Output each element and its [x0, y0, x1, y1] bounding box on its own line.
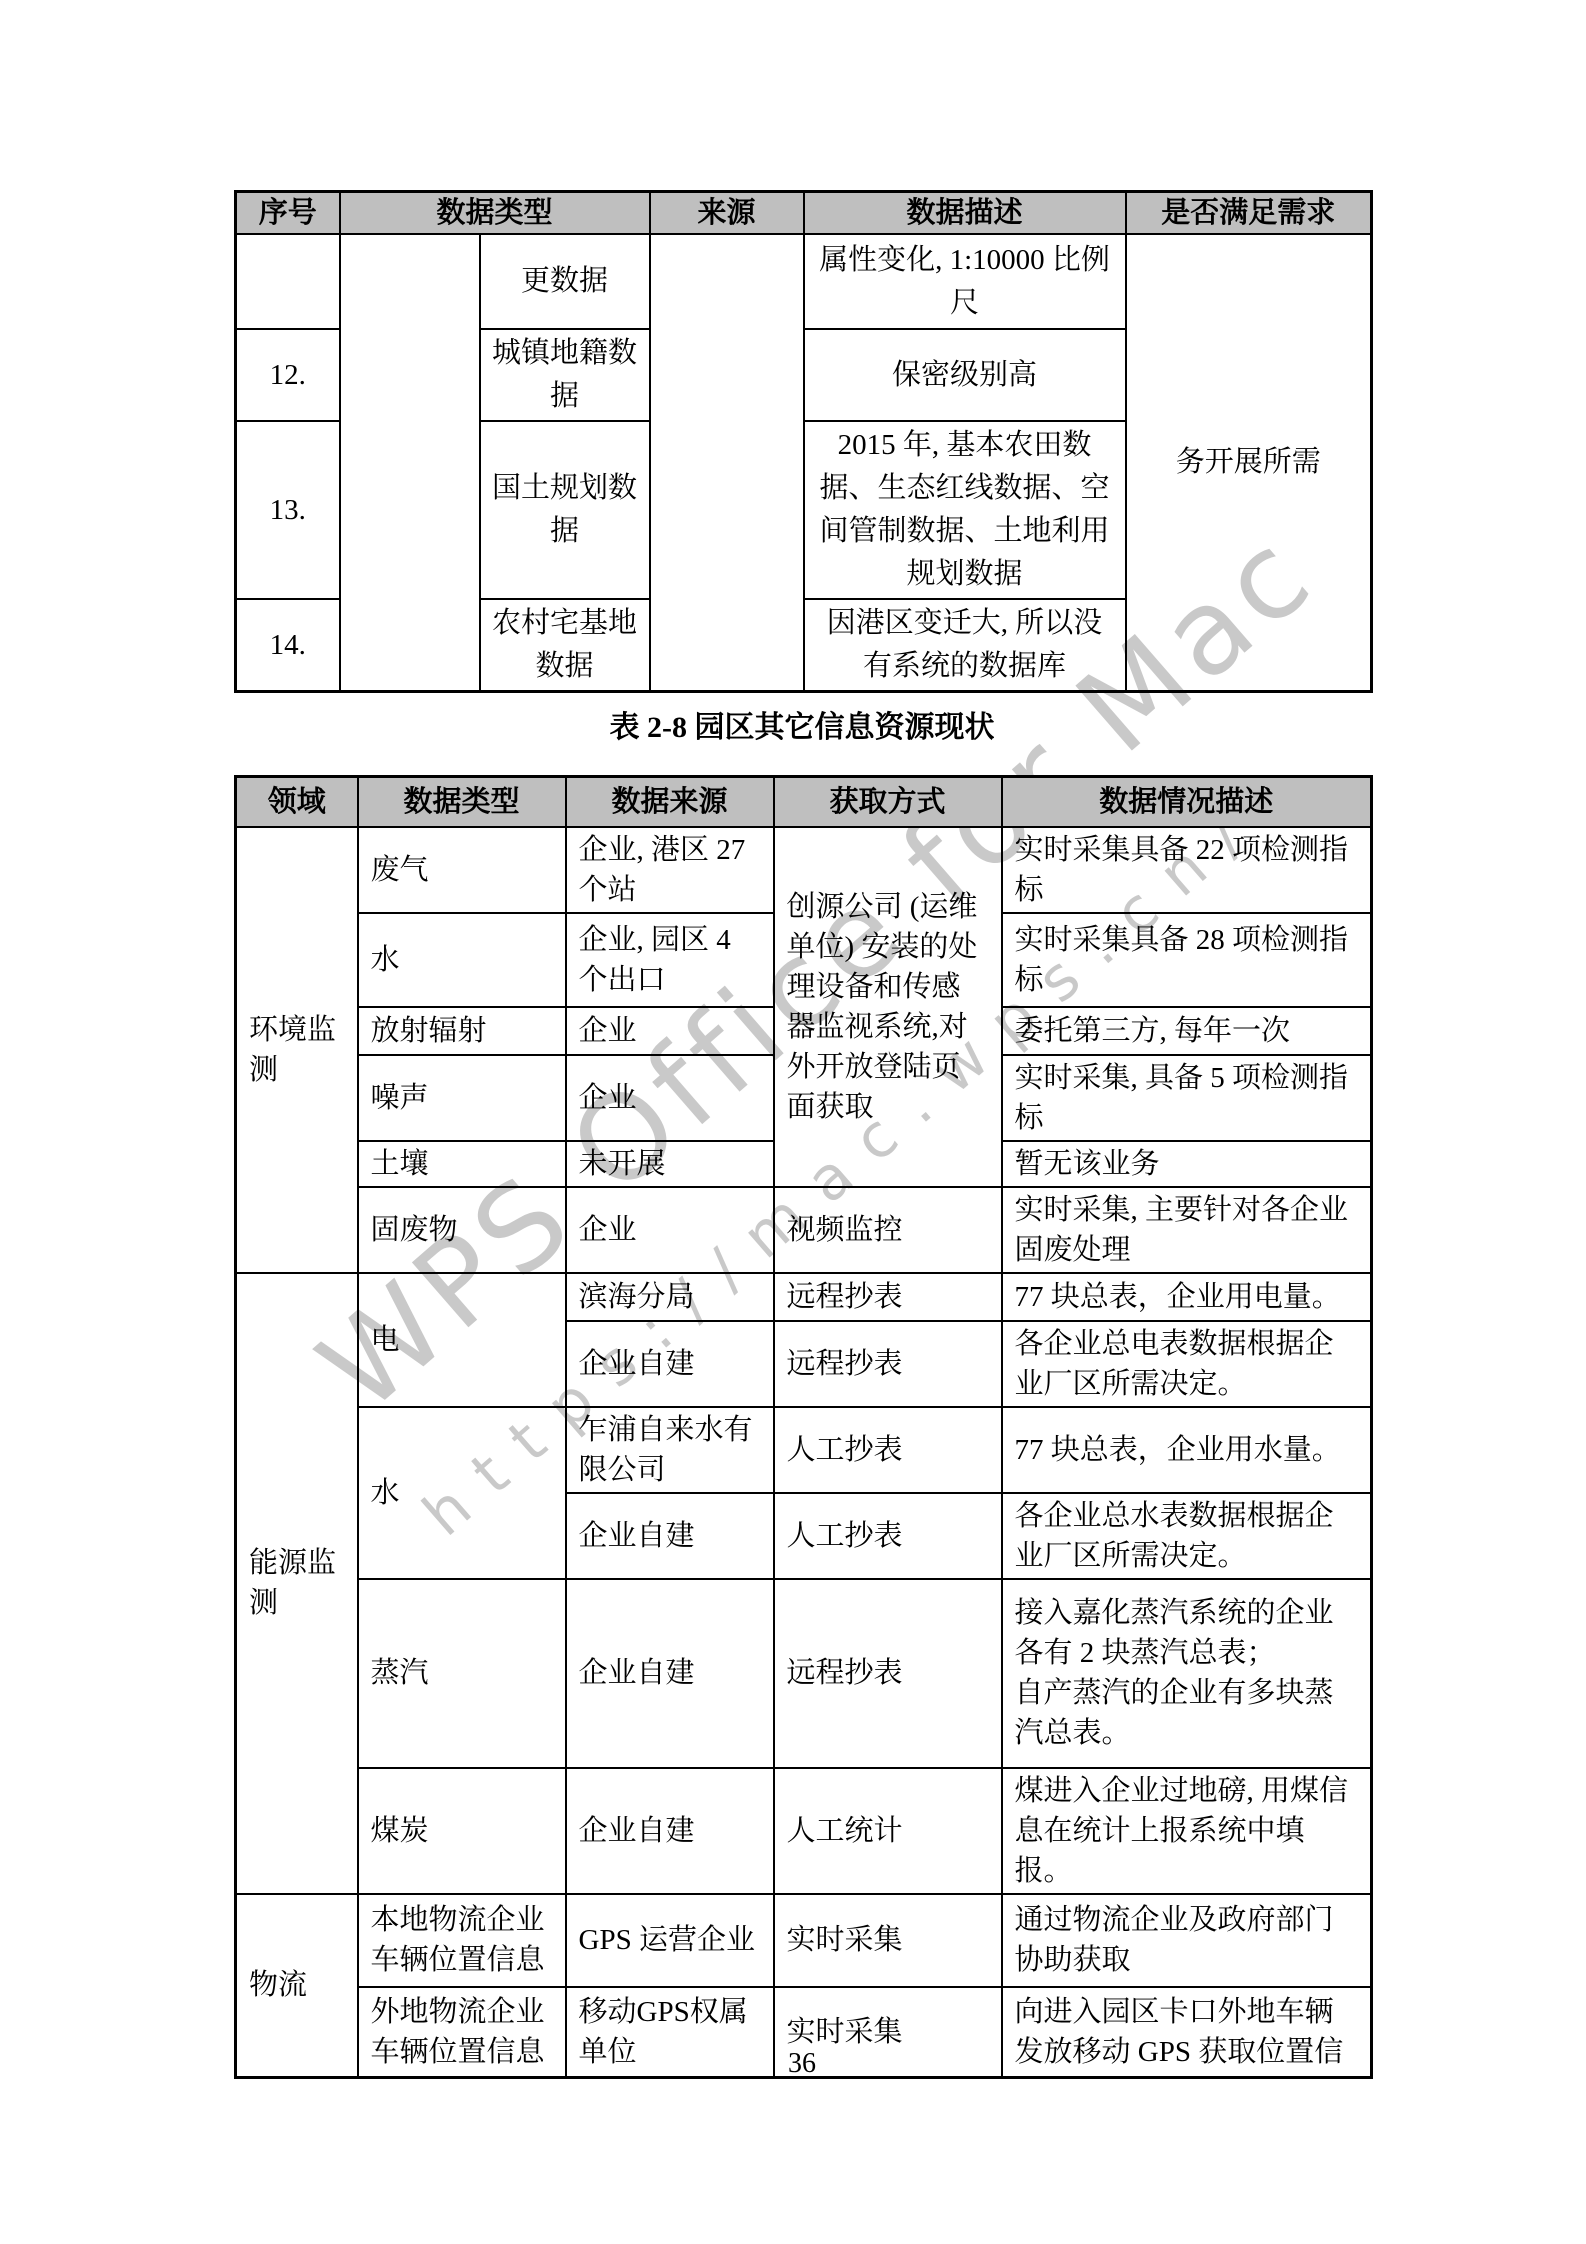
header-cell-method: 获取方式	[774, 777, 1002, 827]
cell-data-source: 企业自建	[566, 1321, 774, 1407]
cell-data-type: 土壤	[358, 1141, 566, 1187]
table-header-row: 领域 数据类型 数据来源 获取方式 数据情况描述	[236, 777, 1372, 827]
table-row: 能源监测 电 滨海分局 远程抄表 77 块总表，企业用电量。	[236, 1273, 1372, 1321]
cell-data-source: 企业	[566, 1055, 774, 1141]
cell-desc: 实时采集具备 22 项检测指标	[1002, 827, 1372, 913]
cell-method: 实时采集	[774, 1894, 1002, 1987]
cell-method: 视频监控	[774, 1187, 1002, 1273]
cell-method: 远程抄表	[774, 1321, 1002, 1407]
header-cell-domain: 领域	[236, 777, 358, 827]
cell-satisfy-merged: 务开展所需	[1126, 234, 1372, 692]
cell-data-type: 水	[358, 1407, 566, 1579]
cell-data-type: 放射辐射	[358, 1007, 566, 1055]
table1-data-resources: 序号 数据类型 来源 数据描述 是否满足需求 更数据 属性变化, 1:10000…	[234, 190, 1373, 693]
cell-data-type: 煤炭	[358, 1768, 566, 1894]
cell-data-source: 企业	[566, 1187, 774, 1273]
header-cell-seq: 序号	[236, 192, 340, 235]
header-cell-data-type: 数据类型	[358, 777, 566, 827]
cell-data-type: 本地物流企业车辆位置信息	[358, 1894, 566, 1987]
cell-domain-energy: 能源监测	[236, 1273, 358, 1894]
cell-method: 远程抄表	[774, 1273, 1002, 1321]
table-row: 蒸汽 企业自建 远程抄表 接入嘉化蒸汽系统的企业各有 2 块蒸汽总表； 自产蒸汽…	[236, 1579, 1372, 1768]
header-cell-data-desc: 数据描述	[804, 192, 1126, 235]
cell-data-source: 企业自建	[566, 1768, 774, 1894]
cell-seq: 14.	[236, 599, 340, 692]
cell-data-source: 乍浦自来水有限公司	[566, 1407, 774, 1493]
cell-data-source: 企业	[566, 1007, 774, 1055]
table-row: 水 乍浦自来水有限公司 人工抄表 77 块总表，企业用水量。	[236, 1407, 1372, 1493]
cell-data-type: 国土规划数据	[480, 421, 650, 599]
table-header-row: 序号 数据类型 来源 数据描述 是否满足需求	[236, 192, 1372, 235]
cell-method: 人工统计	[774, 1768, 1002, 1894]
cell-data-source: 企业, 园区 4 个出口	[566, 913, 774, 1007]
cell-desc: 实时采集具备 28 项检测指标	[1002, 913, 1372, 1007]
header-cell-desc: 数据情况描述	[1002, 777, 1372, 827]
cell-category-merged	[340, 234, 480, 692]
cell-method-env-merged: 创源公司 (运维单位) 安装的处理设备和传感器监视系统,对外开放登陆页面获取	[774, 827, 1002, 1187]
page-number: 36	[234, 2048, 1370, 2080]
cell-data-source: 企业自建	[566, 1493, 774, 1579]
cell-desc: 通过物流企业及政府部门协助获取	[1002, 1894, 1372, 1987]
cell-data-source: 未开展	[566, 1141, 774, 1187]
cell-seq: 12.	[236, 329, 340, 421]
cell-data-desc: 属性变化, 1:10000 比例尺	[804, 234, 1126, 329]
cell-data-source: 企业, 港区 27 个站	[566, 827, 774, 913]
cell-desc: 实时采集, 具备 5 项检测指标	[1002, 1055, 1372, 1141]
header-cell-data-source: 数据来源	[566, 777, 774, 827]
table-row: 更数据 属性变化, 1:10000 比例尺 务开展所需	[236, 234, 1372, 329]
cell-desc: 暂无该业务	[1002, 1141, 1372, 1187]
cell-data-type: 水	[358, 913, 566, 1007]
cell-method: 远程抄表	[774, 1579, 1002, 1768]
cell-data-source: GPS 运营企业	[566, 1894, 774, 1987]
cell-seq	[236, 234, 340, 329]
header-cell-satisfy: 是否满足需求	[1126, 192, 1372, 235]
table-row: 固废物 企业 视频监控 实时采集, 主要针对各企业固废处理	[236, 1187, 1372, 1273]
cell-data-type: 城镇地籍数据	[480, 329, 650, 421]
cell-desc: 各企业总水表数据根据企业厂区所需决定。	[1002, 1493, 1372, 1579]
cell-method: 人工抄表	[774, 1493, 1002, 1579]
header-cell-data-type: 数据类型	[340, 192, 650, 235]
cell-data-source: 滨海分局	[566, 1273, 774, 1321]
document-page: WPS Office for Mac https://mac.wps.cn/ 序…	[0, 0, 1586, 2244]
cell-desc: 77 块总表，企业用电量。	[1002, 1273, 1372, 1321]
cell-desc: 实时采集, 主要针对各企业固废处理	[1002, 1187, 1372, 1273]
cell-desc: 煤进入企业过地磅, 用煤信息在统计上报系统中填报。	[1002, 1768, 1372, 1894]
cell-data-source: 企业自建	[566, 1579, 774, 1768]
cell-source-merged	[650, 234, 804, 692]
cell-data-type: 农村宅基地数据	[480, 599, 650, 692]
table2-caption: 表 2-8 园区其它信息资源现状	[234, 702, 1370, 746]
header-cell-source: 来源	[650, 192, 804, 235]
cell-data-desc: 2015 年, 基本农田数据、生态红线数据、空间管制数据、土地利用规划数据	[804, 421, 1126, 599]
cell-data-type: 固废物	[358, 1187, 566, 1273]
table-row: 物流 本地物流企业车辆位置信息 GPS 运营企业 实时采集 通过物流企业及政府部…	[236, 1894, 1372, 1987]
table-row: 煤炭 企业自建 人工统计 煤进入企业过地磅, 用煤信息在统计上报系统中填报。	[236, 1768, 1372, 1894]
cell-data-type: 噪声	[358, 1055, 566, 1141]
cell-data-type: 蒸汽	[358, 1579, 566, 1768]
cell-desc: 委托第三方, 每年一次	[1002, 1007, 1372, 1055]
cell-method: 人工抄表	[774, 1407, 1002, 1493]
table2-park-info-resources: 领域 数据类型 数据来源 获取方式 数据情况描述 环境监测 废气 企业, 港区 …	[234, 775, 1373, 2079]
cell-data-type: 更数据	[480, 234, 650, 329]
cell-data-type: 废气	[358, 827, 566, 913]
cell-seq: 13.	[236, 421, 340, 599]
cell-desc: 各企业总电表数据根据企业厂区所需决定。	[1002, 1321, 1372, 1407]
cell-data-type: 电	[358, 1273, 566, 1407]
cell-desc: 77 块总表，企业用水量。	[1002, 1407, 1372, 1493]
cell-data-desc: 保密级别高	[804, 329, 1126, 421]
cell-desc: 接入嘉化蒸汽系统的企业各有 2 块蒸汽总表； 自产蒸汽的企业有多块蒸汽总表。	[1002, 1579, 1372, 1768]
table-row: 环境监测 废气 企业, 港区 27 个站 创源公司 (运维单位) 安装的处理设备…	[236, 827, 1372, 913]
cell-data-desc: 因港区变迁大, 所以没有系统的数据库	[804, 599, 1126, 692]
cell-domain-env: 环境监测	[236, 827, 358, 1273]
